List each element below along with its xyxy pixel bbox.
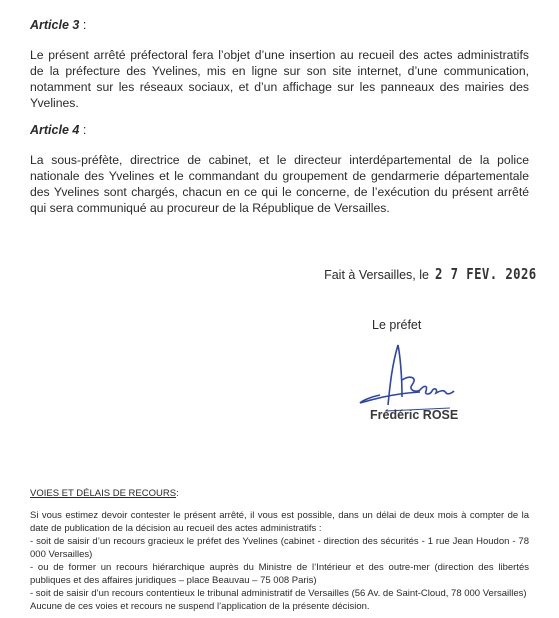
recourse-colon: : (176, 488, 179, 499)
recourse-note: Aucune de ces voies et recours ne suspen… (30, 600, 529, 613)
recourse-heading: VOIES ET DÉLAIS DE RECOURS : (30, 488, 179, 499)
article-3-heading: Article 3 : (30, 18, 86, 32)
handwritten-signature-icon (340, 335, 470, 415)
article-4-title: Article 4 (30, 123, 79, 137)
article-4-heading: Article 4 : (30, 123, 86, 137)
article-4-body: La sous-préfète, directrice de cabinet, … (30, 152, 529, 216)
recourse-option-hierarchique: - ou de former un recours hiérarchique a… (30, 561, 529, 587)
place-of-signature: Fait à Versailles, le (324, 268, 429, 282)
recourse-option-gracieux: - soit de saisir d’un recours gracieux l… (30, 535, 529, 561)
article-3-colon: : (79, 18, 86, 32)
article-3-body: Le présent arrêté préfectoral fera l’obj… (30, 47, 529, 111)
article-4-colon: : (79, 123, 86, 137)
recourse-option-contentieux: - soit de saisir d’un recours contentieu… (30, 587, 529, 600)
signer-name: Frédéric ROSE (370, 408, 458, 422)
recourse-body: Si vous estimez devoir contester le prés… (30, 509, 529, 613)
signer-role: Le préfet (372, 318, 421, 332)
recourse-intro: Si vous estimez devoir contester le prés… (30, 509, 529, 535)
article-3-title: Article 3 (30, 18, 79, 32)
recourse-title: VOIES ET DÉLAIS DE RECOURS (30, 488, 176, 499)
date-stamp: 2 7 FEV. 2026 (435, 265, 537, 283)
